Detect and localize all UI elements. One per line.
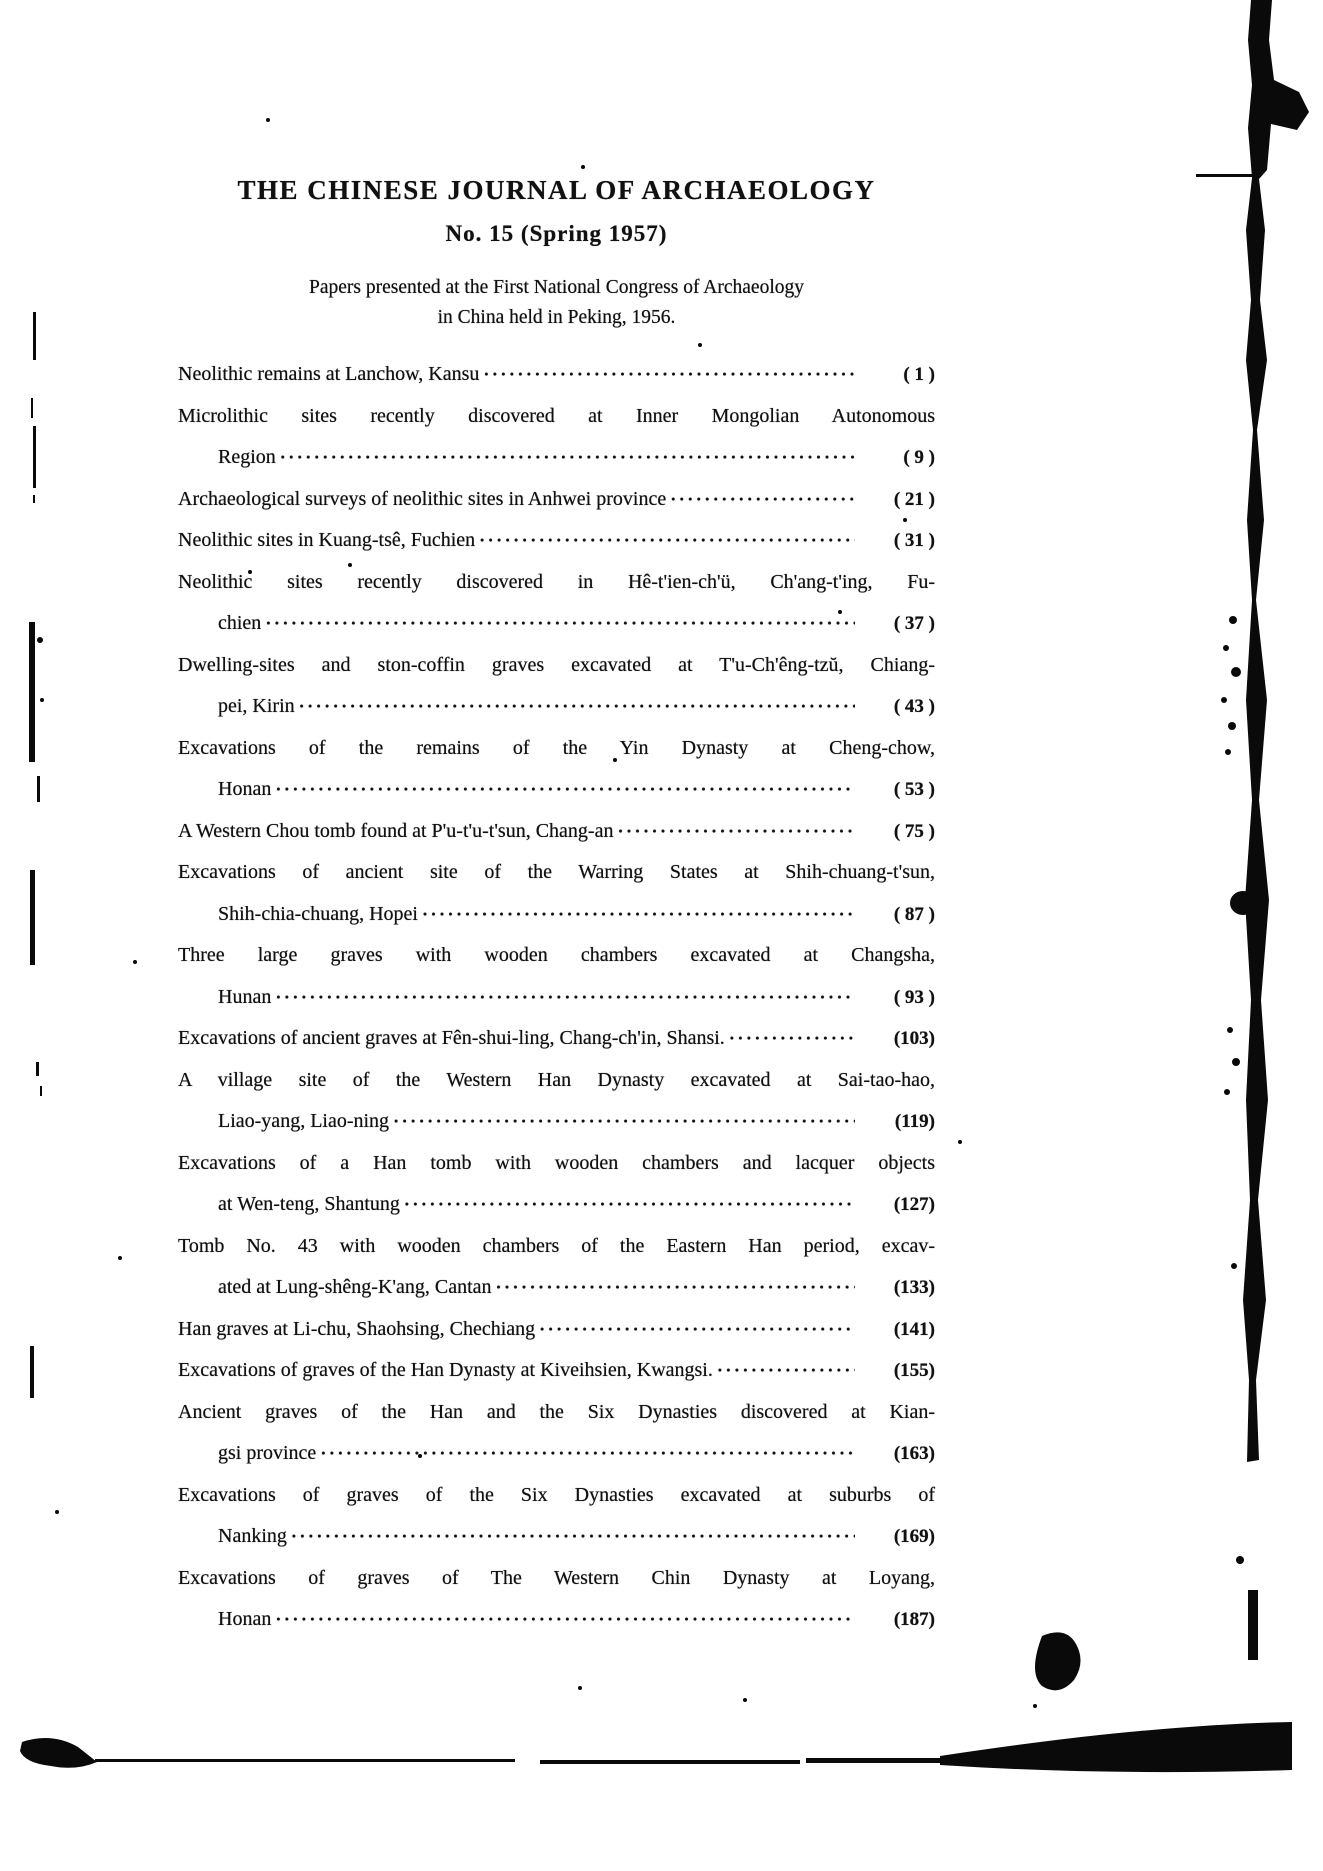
toc-page-number: (103): [861, 1018, 935, 1060]
toc-line-text: at Wen-teng, Shantung: [178, 1184, 400, 1226]
toc-line: Ancient graves of the Han and the Six Dy…: [178, 1392, 935, 1434]
toc-entry: Excavations of a Han tomb with wooden ch…: [178, 1143, 935, 1226]
toc-line-text: Three large graves with wooden chambers …: [178, 944, 935, 966]
toc-line-text: Nanking: [178, 1516, 287, 1558]
dot-leader: [280, 437, 855, 479]
dot-leader: [483, 354, 855, 396]
toc-line-text: Tomb No. 43 with wooden chambers of the …: [178, 1235, 935, 1257]
toc-page-number: ( 1 ): [861, 354, 935, 396]
toc-line: Neolithic sites in Kuang-tsê, Fuchien( 3…: [178, 520, 935, 562]
toc-page-number: (155): [861, 1350, 935, 1392]
toc-entry: Excavations of the remains of the Yin Dy…: [178, 728, 935, 811]
toc-entry: Neolithic sites in Kuang-tsê, Fuchien( 3…: [178, 520, 935, 562]
toc-page-number: ( 31 ): [861, 520, 935, 562]
toc-line: Nanking(169): [178, 1516, 935, 1558]
dot-leader: [299, 686, 855, 728]
toc-line: Excavations of the remains of the Yin Dy…: [178, 728, 935, 770]
toc-line-text: Excavations of ancient site of the Warri…: [178, 861, 935, 883]
toc-line: Shih-chia-chuang, Hopei( 87 ): [178, 894, 935, 936]
dot-leader: [291, 1516, 855, 1558]
dot-leader: [320, 1433, 855, 1475]
binding-band-right: [1243, 0, 1309, 1462]
toc-entry: Neolithic remains at Lanchow, Kansu( 1 ): [178, 354, 935, 396]
toc-line: A village site of the Western Han Dynast…: [178, 1060, 935, 1102]
toc-entry: Tomb No. 43 with wooden chambers of the …: [178, 1226, 935, 1309]
toc-line-text: Excavations of graves of The Western Chi…: [178, 1567, 935, 1589]
congress-note-line2: in China held in Peking, 1956.: [438, 307, 676, 328]
toc-entry: A Western Chou tomb found at P'u-t'u-t's…: [178, 811, 935, 853]
toc-line: Excavations of ancient graves at Fên-shu…: [178, 1018, 935, 1060]
toc-page-number: ( 37 ): [861, 603, 935, 645]
toc-line: Honan( 53 ): [178, 769, 935, 811]
toc-entry: Excavations of ancient graves at Fên-shu…: [178, 1018, 935, 1060]
dot-leader: [393, 1101, 855, 1143]
toc-page-number: ( 87 ): [861, 894, 935, 936]
toc-line: Han graves at Li-chu, Shaohsing, Chechia…: [178, 1309, 935, 1351]
toc-line: Excavations of graves of the Han Dynasty…: [178, 1350, 935, 1392]
toc-line: Neolithic remains at Lanchow, Kansu( 1 ): [178, 354, 935, 396]
dot-leader: [275, 769, 855, 811]
toc-line: Honan(187): [178, 1599, 935, 1641]
table-of-contents: Neolithic remains at Lanchow, Kansu( 1 )…: [178, 354, 935, 1641]
dot-leader: [275, 977, 855, 1019]
toc-line: Region( 9 ): [178, 437, 935, 479]
toc-line-text: A Western Chou tomb found at P'u-t'u-t's…: [178, 811, 613, 853]
toc-line: ated at Lung-shêng-K'ang, Cantan(133): [178, 1267, 935, 1309]
toc-line-text: Excavations of a Han tomb with wooden ch…: [178, 1152, 935, 1174]
toc-line-text: Archaeological surveys of neolithic site…: [178, 479, 666, 521]
issue-number: No. 15 (Spring 1957): [178, 221, 935, 247]
congress-note: Papers presented at the First National C…: [178, 273, 935, 333]
toc-entry: Archaeological surveys of neolithic site…: [178, 479, 935, 521]
toc-line-text: Liao-yang, Liao-ning: [178, 1101, 389, 1143]
toc-line: at Wen-teng, Shantung(127): [178, 1184, 935, 1226]
dot-leader: [717, 1350, 855, 1392]
toc-line-text: Han graves at Li-chu, Shaohsing, Chechia…: [178, 1309, 535, 1351]
toc-entry: Han graves at Li-chu, Shaohsing, Chechia…: [178, 1309, 935, 1351]
toc-line: Excavations of graves of The Western Chi…: [178, 1558, 935, 1600]
dot-leader: [275, 1599, 855, 1641]
toc-line: Excavations of ancient site of the Warri…: [178, 852, 935, 894]
toc-line-text: Region: [178, 437, 276, 479]
toc-line: chien( 37 ): [178, 603, 935, 645]
dot-leader: [670, 479, 855, 521]
congress-note-line1: Papers presented at the First National C…: [309, 277, 804, 298]
toc-page-number: (119): [861, 1101, 935, 1143]
toc-line: gsi province(163): [178, 1433, 935, 1475]
toc-line-text: A village site of the Western Han Dynast…: [178, 1069, 935, 1091]
dot-leader: [617, 811, 855, 853]
toc-line: Microlithic sites recently discovered at…: [178, 396, 935, 438]
toc-line-text: Honan: [178, 1599, 271, 1641]
toc-line-text: Ancient graves of the Han and the Six Dy…: [178, 1401, 935, 1423]
toc-page-number: (127): [861, 1184, 935, 1226]
toc-entry: A village site of the Western Han Dynast…: [178, 1060, 935, 1143]
toc-line-text: Hunan: [178, 977, 271, 1019]
dot-leader: [404, 1184, 855, 1226]
toc-page-number: (187): [861, 1599, 935, 1641]
toc-line-text: Dwelling-sites and ston-coffin graves ex…: [178, 654, 935, 676]
scanned-journal-page: THE CHINESE JOURNAL OF ARCHAEOLOGY No. 1…: [0, 0, 1323, 1871]
toc-page-number: ( 43 ): [861, 686, 935, 728]
toc-line: Liao-yang, Liao-ning(119): [178, 1101, 935, 1143]
toc-line: Neolithic sites recently discovered in H…: [178, 562, 935, 604]
toc-page-number: ( 75 ): [861, 811, 935, 853]
toc-entry: Neolithic sites recently discovered in H…: [178, 562, 935, 645]
dot-leader: [479, 520, 855, 562]
toc-line-text: Neolithic sites in Kuang-tsê, Fuchien: [178, 520, 475, 562]
toc-line-text: ated at Lung-shêng-K'ang, Cantan: [178, 1267, 492, 1309]
toc-page-number: ( 93 ): [861, 977, 935, 1019]
toc-line: Tomb No. 43 with wooden chambers of the …: [178, 1226, 935, 1268]
dot-leader: [265, 603, 855, 645]
toc-line-text: Honan: [178, 769, 271, 811]
toc-line-text: gsi province: [178, 1433, 316, 1475]
toc-page-number: (169): [861, 1516, 935, 1558]
toc-line: Dwelling-sites and ston-coffin graves ex…: [178, 645, 935, 687]
toc-line-text: Microlithic sites recently discovered at…: [178, 405, 935, 427]
toc-line-text: pei, Kirin: [178, 686, 295, 728]
toc-entry: Three large graves with wooden chambers …: [178, 935, 935, 1018]
toc-line-text: Neolithic sites recently discovered in H…: [178, 571, 935, 593]
toc-entry: Excavations of graves of the Han Dynasty…: [178, 1350, 935, 1392]
toc-page-number: ( 9 ): [861, 437, 935, 479]
journal-title: THE CHINESE JOURNAL OF ARCHAEOLOGY: [178, 175, 935, 205]
toc-entry: Microlithic sites recently discovered at…: [178, 396, 935, 479]
dot-leader: [422, 894, 855, 936]
toc-entry: Dwelling-sites and ston-coffin graves ex…: [178, 645, 935, 728]
toc-line: pei, Kirin( 43 ): [178, 686, 935, 728]
toc-line-text: Shih-chia-chuang, Hopei: [178, 894, 418, 936]
toc-entry: Ancient graves of the Han and the Six Dy…: [178, 1392, 935, 1475]
toc-page-number: ( 21 ): [861, 479, 935, 521]
toc-line: Hunan( 93 ): [178, 977, 935, 1019]
toc-entry: Excavations of ancient site of the Warri…: [178, 852, 935, 935]
toc-line-text: chien: [178, 603, 261, 645]
toc-page-number: ( 53 ): [861, 769, 935, 811]
toc-entry: Excavations of graves of The Western Chi…: [178, 1558, 935, 1641]
toc-line-text: Excavations of graves of the Han Dynasty…: [178, 1350, 713, 1392]
toc-page-number: (141): [861, 1309, 935, 1351]
toc-line: Excavations of a Han tomb with wooden ch…: [178, 1143, 935, 1185]
toc-page-number: (163): [861, 1433, 935, 1475]
toc-page-number: (133): [861, 1267, 935, 1309]
toc-line: Excavations of graves of the Six Dynasti…: [178, 1475, 935, 1517]
toc-line: Archaeological surveys of neolithic site…: [178, 479, 935, 521]
page-content: THE CHINESE JOURNAL OF ARCHAEOLOGY No. 1…: [178, 175, 935, 1641]
toc-entry: Excavations of graves of the Six Dynasti…: [178, 1475, 935, 1558]
toc-line-text: Excavations of graves of the Six Dynasti…: [178, 1484, 935, 1506]
dot-leader: [496, 1267, 855, 1309]
toc-line-text: Neolithic remains at Lanchow, Kansu: [178, 354, 479, 396]
toc-line: Three large graves with wooden chambers …: [178, 935, 935, 977]
dot-leader: [539, 1309, 855, 1351]
toc-line-text: Excavations of ancient graves at Fên-shu…: [178, 1018, 725, 1060]
dot-leader: [729, 1018, 855, 1060]
toc-line-text: Excavations of the remains of the Yin Dy…: [178, 737, 935, 759]
toc-line: A Western Chou tomb found at P'u-t'u-t's…: [178, 811, 935, 853]
